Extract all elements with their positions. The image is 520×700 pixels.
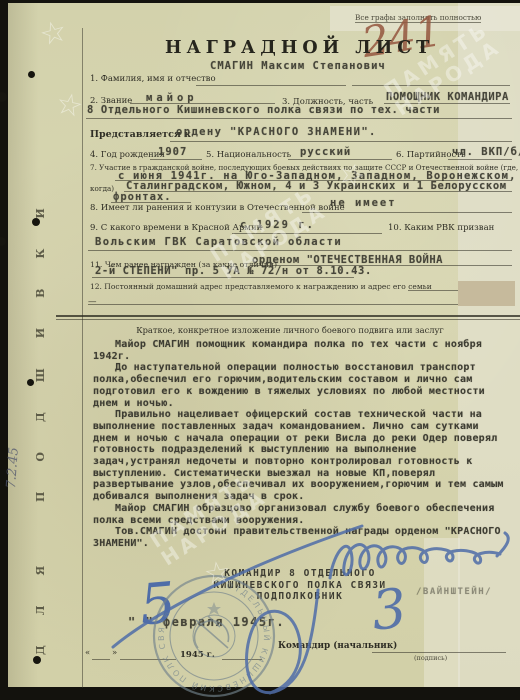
ink-signature-strokes (0, 0, 520, 700)
document-scan: ДЛЯ ПОДШИВКИ 7.2.45 Все графы заполнять … (0, 0, 520, 700)
